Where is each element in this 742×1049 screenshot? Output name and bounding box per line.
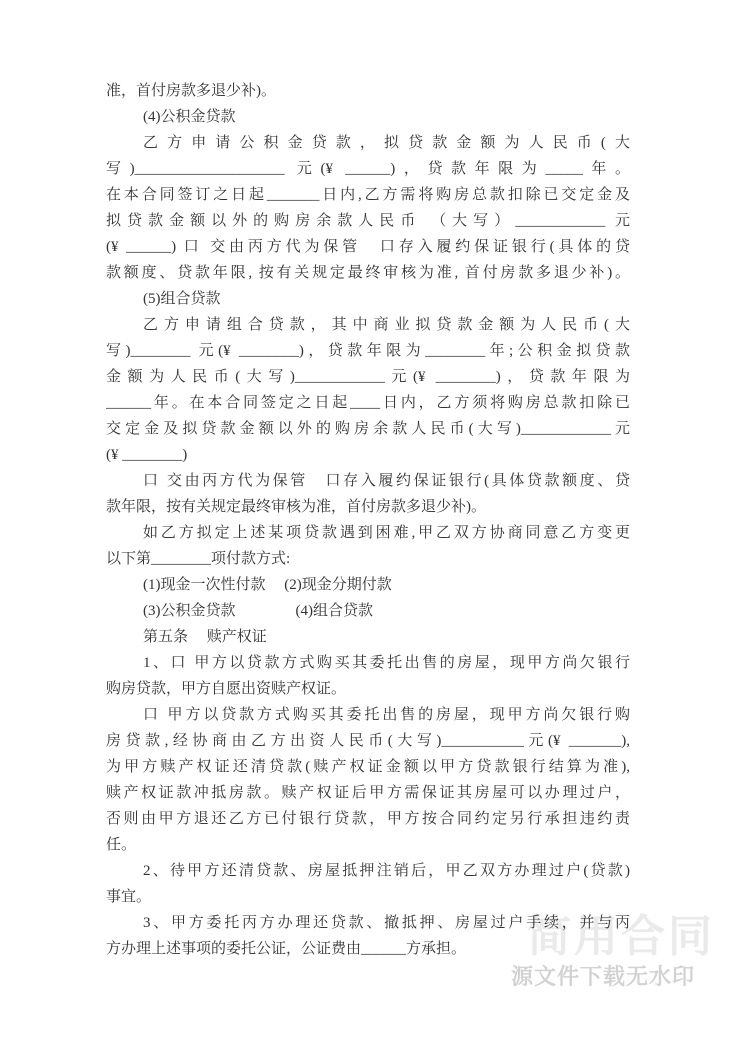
contract-line: (1)现金一次性付款 (2)现金分期付款 [106, 572, 630, 598]
contract-line: 房贷款,经协商由乙方出资人民币(大写)___________元(¥ ______… [106, 728, 630, 754]
contract-line: 1、口 甲方以贷款方式购买其委托出售的房屋，现甲方尚欠银行 [106, 650, 630, 676]
contract-line: (4)公积金贷款 [106, 104, 630, 130]
contract-line: 拟贷款金额以外的购房余款人民币 （大写）____________ 元 [106, 208, 630, 234]
contract-line: 金额为人民币(大写)____________元(¥ ________)，贷款年限… [106, 364, 630, 390]
contract-line: 如乙方拟定上述某项贷款遇到困难,甲乙双方协商同意乙方变更 [106, 520, 630, 546]
contract-line: ______年。在本合同签定之日起____日内，乙方须将购房总款扣除已 [106, 390, 630, 416]
contract-line: 方办理上述事项的委托公证，公证费由______方承担。 [106, 936, 630, 962]
contract-line: 3、甲方委托丙方办理还贷款、撤抵押、房屋过户手续，并与丙 [106, 910, 630, 936]
contract-line: 乙方申请组合贷款，其中商业拟贷款金额为人民币(大 [106, 312, 630, 338]
contract-line: 口 甲方以贷款方式购买其委托出售的房屋，现甲方尚欠银行购 [106, 702, 630, 728]
contract-line: 乙方申请公积金贷款，拟贷款金额为人民币(大 [106, 130, 630, 156]
watermark-subtitle: 源文件下载无水印 [511, 964, 695, 990]
contract-line: (5)组合贷款 [106, 286, 630, 312]
contract-line: 口 交由丙方代为保管 口存入履约保证银行(具体贷款额度、贷 [106, 468, 630, 494]
contract-line: (¥ ________) [106, 442, 630, 468]
contract-line: (¥ ______) 口 交由丙方代为保管 口存入履约保证银行(具体的贷 [106, 234, 630, 260]
contract-line: 否则由甲方退还乙方已付银行贷款，甲方按合同约定另行承担违约责 [106, 806, 630, 832]
contract-line: 在本合同签订之日起_______日内,乙方需将购房总款扣除已交定金及 [106, 182, 630, 208]
contract-line: 款额度、贷款年限, 按有关规定最终审核为准, 首付房款多退少补)。 [106, 260, 630, 286]
contract-line: 2、待甲方还清贷款、房屋抵押注销后，甲乙双方办理过户(贷款) [106, 858, 630, 884]
contract-line: 任。 [106, 832, 630, 858]
contract-line: 写)____________________ 元(¥ ______)，贷款年限为… [106, 156, 630, 182]
contract-line: 交定金及拟贷款金额以外的购房余款人民币(大写)____________元 [106, 416, 630, 442]
contract-line: 款年限，按有关规定最终审核为准，首付房款多退少补)。 [106, 494, 630, 520]
contract-line: 准，首付房款多退少补)。 [106, 78, 630, 104]
document-text: 准，首付房款多退少补)。(4)公积金贷款乙方申请公积金贷款，拟贷款金额为人民币(… [106, 78, 630, 962]
contract-line: 事宜。 [106, 884, 630, 910]
contract-line: 第五条 赎产权证 [106, 624, 630, 650]
contract-line: (3)公积金贷款 (4)组合贷款 [106, 598, 630, 624]
contract-line: 为甲方赎产权证还清贷款(赎产权证金额以甲方贷款银行结算为准), [106, 754, 630, 780]
contract-line: 赎产权证款冲抵房款。赎产权证后甲方需保证其房屋可以办理过户， [106, 780, 630, 806]
contract-page: 简用合同 源文件下载无水印 准，首付房款多退少补)。(4)公积金贷款乙方申请公积… [0, 0, 742, 1049]
contract-line: 以下第________项付款方式: [106, 546, 630, 572]
contract-line: 购房贷款，甲方自愿出资赎产权证。 [106, 676, 630, 702]
contract-line: 写)________ 元(¥ ________)，贷款年限为________年;… [106, 338, 630, 364]
